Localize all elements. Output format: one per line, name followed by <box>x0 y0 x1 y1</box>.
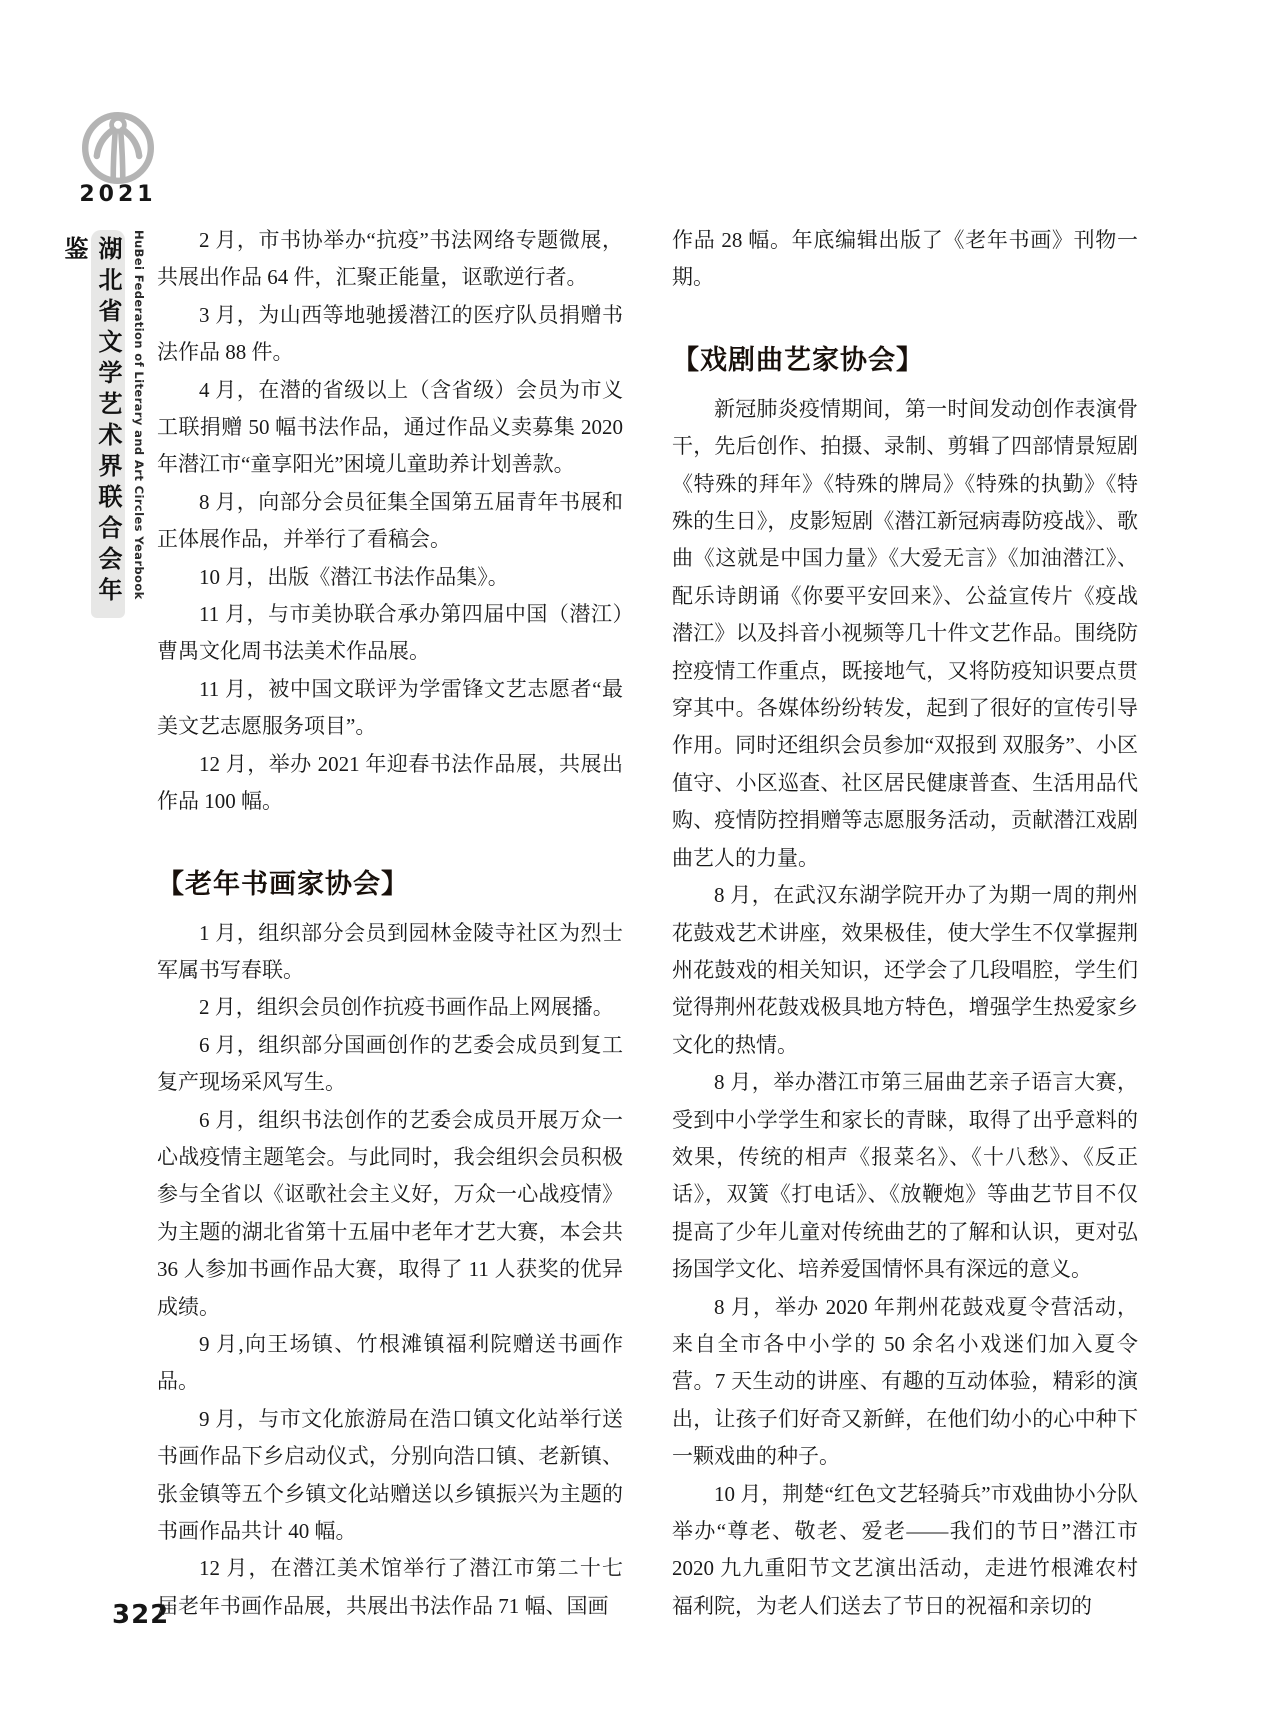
left-intro-paragraphs: 2 月，市书协举办“抗疫”书法网络专题微展，共展出作品 64 件，汇聚正能量，讴… <box>157 222 623 821</box>
paragraph: 6 月，组织部分国画创作的艺委会成员到复工复产现场采风写生。 <box>157 1027 623 1102</box>
cflac-emblem-icon <box>78 108 158 188</box>
paragraph: 2 月，组织会员创作抗疫书画作品上网展播。 <box>157 989 623 1026</box>
paragraph: 9 月,向王场镇、竹根滩镇福利院赠送书画作品。 <box>157 1326 623 1401</box>
page-number: 322 <box>112 1600 169 1630</box>
right-section-paragraphs: 新冠肺炎疫情期间，第一时间发动创作表演骨干，先后创作、拍摄、录制、剪辑了四部情景… <box>672 391 1138 1625</box>
paragraph: 9 月，与市文化旅游局在浩口镇文化站举行送书画作品下乡启动仪式，分别向浩口镇、老… <box>157 1401 623 1551</box>
sidebar-title-english: HuBei Federation of Literary and Art Cir… <box>132 230 146 600</box>
paragraph: 1 月，组织部分会员到园林金陵寺社区为烈士军属书写春联。 <box>157 915 623 990</box>
paragraph: 10 月，出版《潜江书法作品集》。 <box>157 559 623 596</box>
logo-year-label: 2021 <box>74 182 162 207</box>
right-column: 作品 28 幅。年底编辑出版了《老年书画》刊物一期。 【戏剧曲艺家协会】 新冠肺… <box>672 222 1138 1625</box>
sidebar-title-chinese: 湖北省文学艺术界联合会年鉴 <box>91 236 125 616</box>
continuation-paragraph: 作品 28 幅。年底编辑出版了《老年书画》刊物一期。 <box>672 222 1138 297</box>
yearbook-page: 2021 湖北省文学艺术界联合会年鉴 HuBei Federation of L… <box>0 0 1276 1719</box>
paragraph: 12 月，在潜江美术馆举行了潜江市第二十七届老年书画作品展，共展出书法作品 71… <box>157 1550 623 1625</box>
paragraph: 11 月，与市美协联合承办第四届中国（潜江）曹禺文化周书法美术作品展。 <box>157 596 623 671</box>
paragraph: 3 月，为山西等地驰援潜江的医疗队员捐赠书法作品 88 件。 <box>157 297 623 372</box>
section-title-senior-calligraphers: 【老年书画家协会】 <box>157 865 623 905</box>
paragraph: 6 月，组织书法创作的艺委会成员开展万众一心战疫情主题笔会。与此同时，我会组织会… <box>157 1102 623 1326</box>
paragraph: 11 月，被中国文联评为学雷锋文艺志愿者“最美文艺志愿服务项目”。 <box>157 671 623 746</box>
left-section-paragraphs: 1 月，组织部分会员到园林金陵寺社区为烈士军属书写春联。2 月，组织会员创作抗疫… <box>157 915 623 1626</box>
paragraph: 8 月，举办 2020 年荆州花鼓戏夏令营活动，来自全市各中小学的 50 余名小… <box>672 1289 1138 1476</box>
paragraph: 2 月，市书协举办“抗疫”书法网络专题微展，共展出作品 64 件，汇聚正能量，讴… <box>157 222 623 297</box>
paragraph: 12 月，举办 2021 年迎春书法作品展，共展出作品 100 幅。 <box>157 746 623 821</box>
paragraph: 4 月，在潜的省级以上（含省级）会员为市义工联捐赠 50 幅书法作品，通过作品义… <box>157 372 623 484</box>
section-title-drama-quyi-artists: 【戏剧曲艺家协会】 <box>672 341 1138 381</box>
paragraph: 新冠肺炎疫情期间，第一时间发动创作表演骨干，先后创作、拍摄、录制、剪辑了四部情景… <box>672 391 1138 877</box>
paragraph: 10 月，荆楚“红色文艺轻骑兵”市戏曲协小分队举办“尊老、敬老、爱老——我们的节… <box>672 1476 1138 1626</box>
paragraph: 8 月，在武汉东湖学院开办了为期一周的荆州花鼓戏艺术讲座，效果极佳，使大学生不仅… <box>672 877 1138 1064</box>
left-column: 2 月，市书协举办“抗疫”书法网络专题微展，共展出作品 64 件，汇聚正能量，讴… <box>157 222 623 1625</box>
paragraph: 8 月，举办潜江市第三届曲艺亲子语言大赛，受到中小学学生和家长的青睐，取得了出乎… <box>672 1064 1138 1288</box>
paragraph: 8 月，向部分会员征集全国第五届青年书展和正体展作品，并举行了看稿会。 <box>157 484 623 559</box>
